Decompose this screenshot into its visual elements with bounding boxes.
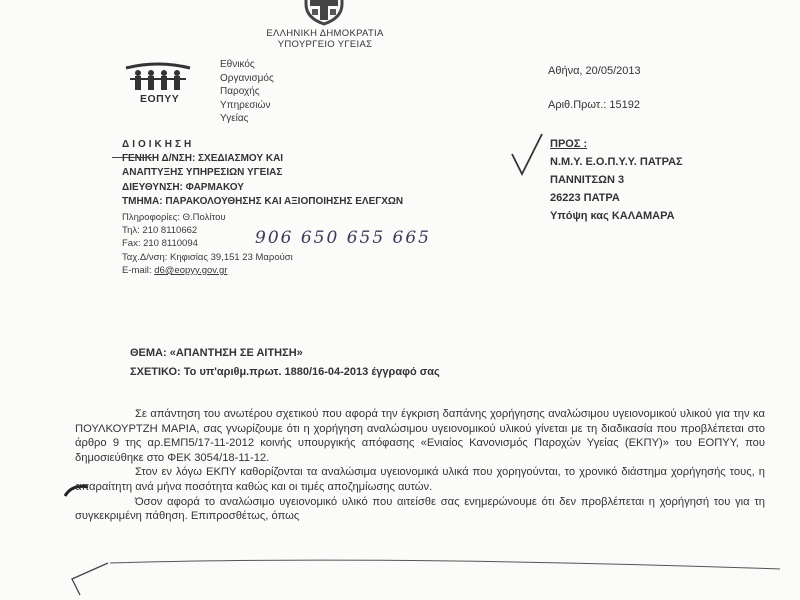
document-date: Αθήνα, 20/05/2013 [548, 65, 641, 77]
sender-line: ΑΝΑΠΤΥΞΗΣ ΥΠΗΡΕΣΙΩΝ ΥΓΕΙΑΣ [122, 166, 403, 180]
contact-address: Ταχ.Δ/νση: Κηφισίας 39,151 23 Μαρούσι [122, 251, 293, 264]
org-line: Οργανισμός [220, 72, 274, 86]
contact-info: Πληροφορίες: Θ.Πολίτου [122, 211, 293, 224]
recipient-label: ΠΡΟΣ : [550, 135, 683, 153]
handwritten-phone-note: 906 650 655 665 [255, 228, 431, 248]
country-name: ΕΛΛΗΝΙΚΗ ΔΗΜΟΚΡΑΤΙΑ [230, 28, 420, 39]
recipient-line: ΠΑΝΝΙΤΣΩΝ 3 [550, 171, 683, 189]
email-link[interactable]: d6@eopyy.gov.gr [154, 265, 227, 276]
handwritten-bracket-mark-icon [70, 557, 790, 597]
org-line: Υγείας [220, 112, 274, 126]
recipient-block: ΠΡΟΣ : Ν.Μ.Υ. Ε.Ο.Π.Υ.Υ. ΠΑΤΡΑΣ ΠΑΝΝΙΤΣΩ… [550, 135, 683, 225]
contact-email-row: E-mail: d6@eopyy.gov.gr [122, 264, 293, 277]
letter-body: Σε απάντηση του ανωτέρου σχετικού που αφ… [75, 407, 765, 524]
recipient-attention: Υπόψη κας ΚΑΛΑΜΑΡΑ [550, 207, 683, 225]
email-label: E-mail: [122, 265, 154, 276]
sender-line: ΤΜΗΜΑ: ΠΑΡΑΚΟΛΟΥΘΗΣΗΣ ΚΑΙ ΑΞΙΟΠΟΙΗΣΗΣ ΕΛ… [122, 195, 403, 209]
government-header: ΕΛΛΗΝΙΚΗ ΔΗΜΟΚΡΑΤΙΑ ΥΠΟΥΡΓΕΙΟ ΥΓΕΙΑΣ [230, 28, 420, 50]
recipient-line: Ν.Μ.Υ. Ε.Ο.Π.Υ.Υ. ΠΑΤΡΑΣ [550, 153, 683, 171]
organization-name: Εθνικός Οργανισμός Παροχής Υπηρεσιών Υγε… [220, 58, 274, 126]
body-paragraph: Σε απάντηση του ανωτέρου σχετικού που αφ… [75, 407, 765, 465]
greek-coat-of-arms-icon [300, 0, 348, 26]
handwritten-check-icon [508, 128, 548, 178]
sender-department: ΔΙΟΙΚΗΣΗ ΓΕΝΙΚΗ Δ/ΝΣΗ: ΣΧΕΔΙΑΣΜΟΥ ΚΑΙ ΑΝ… [122, 138, 403, 209]
protocol-number: Αριθ.Πρωτ.: 15192 [548, 99, 640, 111]
sender-line: ΓΕΝΙΚΗ Δ/ΝΣΗ: ΣΧΕΔΙΑΣΜΟΥ ΚΑΙ [122, 152, 403, 166]
subject-related: ΣΧΕΤΙΚΟ: Το υπ'αριθμ.πρωτ. 1880/16-04-20… [130, 363, 440, 382]
body-paragraph: Όσον αφορά το αναλώσιμο υγειονομικό υλικ… [75, 495, 765, 524]
subject-block: ΘΕΜΑ: «ΑΠΑΝΤΗΣΗ ΣΕ ΑΙΤΗΣΗ» ΣΧΕΤΙΚΟ: Το υ… [130, 344, 440, 382]
body-paragraph: Στον εν λόγω ΕΚΠΥ καθορίζονται τα αναλώσ… [75, 465, 765, 494]
logo-text: ΕΟΠΥΥ [140, 93, 179, 105]
org-line: Υπηρεσιών [220, 99, 274, 113]
org-line: Εθνικός [220, 58, 274, 72]
ministry-name: ΥΠΟΥΡΓΕΙΟ ΥΓΕΙΑΣ [230, 39, 420, 50]
org-line: Παροχής [220, 85, 274, 99]
handwritten-strike [112, 157, 152, 158]
sender-line: ΔΙΕΥΘΥΝΣΗ: ΦΑΡΜΑΚΟΥ [122, 181, 403, 195]
sender-admin: ΔΙΟΙΚΗΣΗ [122, 138, 403, 152]
recipient-line: 26223 ΠΑΤΡΑ [550, 189, 683, 207]
subject-theme: ΘΕΜΑ: «ΑΠΑΝΤΗΣΗ ΣΕ ΑΙΤΗΣΗ» [130, 344, 440, 363]
